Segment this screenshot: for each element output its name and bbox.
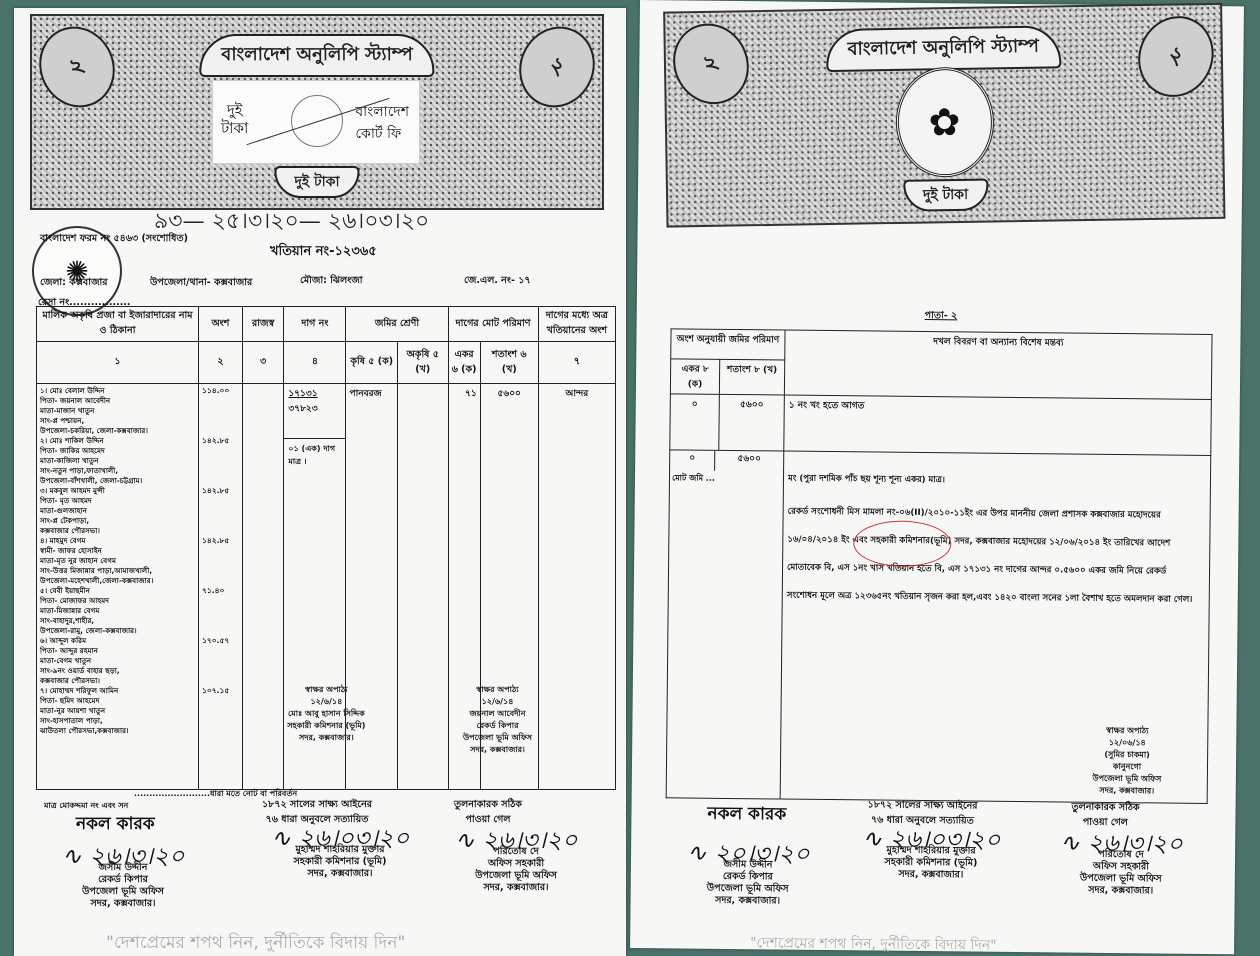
red-pen-circle (853, 520, 951, 567)
copy-stamp: ২ ২ বাংলাদেশ অনুলিপি স্ট্যাম্প ✿ দুই টাক… (663, 3, 1225, 228)
owners-cell: ১। মোঃ বেলাল উদ্দিনপিতা- জয়নাল আবেদীনমা… (37, 384, 199, 790)
form-label: বাংলাদেশ ফরম নং ৫৪৬৩ (সংশোধিত) (40, 232, 188, 247)
copier-title: নকল কারক (707, 801, 786, 830)
notes-table: অংশ অনুযায়ী জমির পরিমাণ দখল বিবরণ বা অন… (666, 328, 1213, 804)
shares-cell: ১১৪.০০১৪২.৮৫১৪২.৮৫১৪২.৮৫৭১.৪০১৭০.৫৭১০৭.১… (199, 384, 243, 790)
signature-block: ∿ ২৬।৩।২০পরিতোষ দেঅফিস সহকারীউপজেলা ভূমি… (446, 834, 586, 894)
compare-note: তুলনাকারক সঠিক পাওয়া গেল (454, 798, 522, 828)
signature-block: ∿ ২৬।০৩।২০মুহাম্মদ শাহরিয়ার মুক্তারসহকা… (260, 832, 420, 880)
handwritten-signature: ∿ ২০।৩।২০ (683, 846, 813, 859)
handwritten-signature: ∿ ২৬।৩।২০ (1051, 836, 1191, 849)
share-value: ১০৭.১৫ (202, 686, 239, 736)
khatian-page-1: ২ ২ বাংলাদেশ অনুলিপি স্ট্যাম্প দুই টাকা … (14, 8, 626, 956)
share-value: ৭১.৪০ (202, 586, 239, 636)
signature-block: স্বাক্ষর অপাঠ্য১২/৬/১৪জয়নাল আবেদীনরেকর্… (443, 684, 553, 756)
handwritten-dates: ৯৩— ২৫।৩।২০— ২৬।০৩।২০ (154, 204, 429, 241)
page-label: পাতা- ২ (925, 309, 958, 324)
handwritten-signature: ∿ ২৬।০৩।২০ (851, 832, 1011, 846)
handwritten-signature: ∿ ২৬।৩।২০ (58, 850, 188, 862)
mouza: মৌজা: ঝিলংজা (300, 274, 363, 289)
signature-block: ∿ ২০।৩।২০জসীম উদ্দীনরেকর্ড কিপারউপজেলা ভ… (683, 846, 814, 907)
stamp-corner-value: ২ (660, 11, 762, 117)
share-value: ১৪২.৮৫ (202, 486, 239, 536)
signature-block: স্বাক্ষর অপাঠ্য১২/০৬/১৪(সুমির চাকমা)কানু… (1067, 725, 1188, 798)
national-emblem-icon: ✿ (895, 66, 995, 178)
signature-block: ∿ ২৬।৩।২০জসীম উদ্দীনরেকর্ড কিপারউপজেলা ভ… (58, 850, 188, 910)
slogan: "দেশপ্রেমের শপথ নিন, দুর্নীতিকে বিদায় দ… (750, 931, 997, 956)
upazila: উপজেলা/থানা- কক্সবাজার (150, 276, 252, 291)
stamp-corner-value: ২ (506, 14, 608, 120)
owner-entry: ৭। মোহাম্মদ শরিফুল আমিনপিতা- ছমিদ আহমেদম… (40, 686, 195, 736)
stamp-value: দুই টাকা (903, 179, 989, 212)
owner-entry: ২। মোঃ শাকিল উদ্দিনপিতা- জাকির আহমেদমাতা… (40, 436, 195, 486)
owner-entry: ৬। আব্দুল করিমপিতা- আব্দুর রহমানমাতা-বেগ… (40, 636, 195, 686)
share-value: ১৪২.৮৫ (202, 536, 239, 586)
khatian-table: মালিক অকৃষি প্রজা বা ইজারাদারের নাম ও ঠি… (36, 306, 616, 790)
share-value: ১১৪.০০ (202, 386, 239, 436)
total-note: মং (পুরা দশমিক পাঁচ ছয় শূন্য শূন্য একর)… (788, 472, 1206, 490)
owner-entry: ৩। মকবুল আহমদ মুন্সীপিতা- মৃত আহমদমাতা-গ… (40, 486, 195, 536)
handwritten-signature: ∿ ২৬।০৩।২০ (260, 832, 420, 844)
khatian-number: খতিয়ান নং-১২৩৬৫ (270, 242, 377, 263)
signature-block: ∿ ২৬।০৩।২০মুহাম্মদ শাহরিয়ার মুক্তারসহকা… (851, 832, 1011, 882)
compare-note: তুলনাকারক সঠিক পাওয়া গেল (1071, 801, 1139, 832)
stamp-corner-value: ২ (26, 14, 128, 120)
owner-entry: ৪। মাহমুদ বেগমস্বামী- জাফর হোসাইনমাতা-মৃ… (40, 536, 195, 586)
order-text: রেকর্ড সংশোধনী মিস মামলা নং-০৬(II)/২০১০-… (787, 498, 1206, 614)
share-value: ১৪২.৮৫ (202, 436, 239, 486)
slogan: "দেশপ্রেমের শপথ নিন, দুর্নীতিকে বিদায় দ… (106, 930, 405, 956)
jl-number: জে.এল. নং- ১৭ (464, 274, 531, 289)
khatian-page-2: ২ ২ বাংলাদেশ অনুলিপি স্ট্যাম্প ✿ দুই টাক… (630, 0, 1244, 954)
copier-title: নকল কারক (76, 811, 155, 839)
signature-block: ∿ ২৬।৩।২০পরিতোষ দেঅফিস সহকারীউপজেলা ভূমি… (1051, 836, 1192, 897)
share-value: ১৭০.৫৭ (202, 636, 239, 686)
stamp-banner: বাংলাদেশ অনুলিপি স্ট্যাম্প (825, 25, 1061, 72)
stamp-corner-value: ২ (1125, 4, 1226, 109)
total-land-label: মোট জমি ... (670, 470, 783, 488)
signature-block: স্বাক্ষর অপাঠ্য১২/৬/১৪মোঃ আবু হাসান সিদ্… (266, 684, 386, 744)
owner-entry: ১। মোঃ বেলাল উদ্দিনপিতা- জয়নাল আবেদীনমা… (40, 386, 195, 436)
copy-stamp: ২ ২ বাংলাদেশ অনুলিপি স্ট্যাম্প দুই টাকা … (30, 14, 604, 210)
dag-cell: ১৭১৩১ ৩৭৮২৩ ০১ (এক) দাগ মাত্র । স্বাক্ষর… (284, 384, 346, 790)
owner-entry: ৫। বেবী ইয়াছমীনপিতা- মোজাফর আহমদমাতা-মি… (40, 586, 195, 636)
stamp-banner: বাংলাদেশ অনুলিপি স্ট্যাম্প (199, 34, 434, 77)
court-fee-stamp: দুই টাকা বাংলাদেশ কোর্ট ফি (212, 80, 420, 164)
stamp-value: দুই টাকা (274, 166, 359, 198)
district: জেলা: কক্সবাজার (40, 276, 107, 291)
handwritten-signature: ∿ ২৬।৩।২০ (446, 834, 586, 846)
